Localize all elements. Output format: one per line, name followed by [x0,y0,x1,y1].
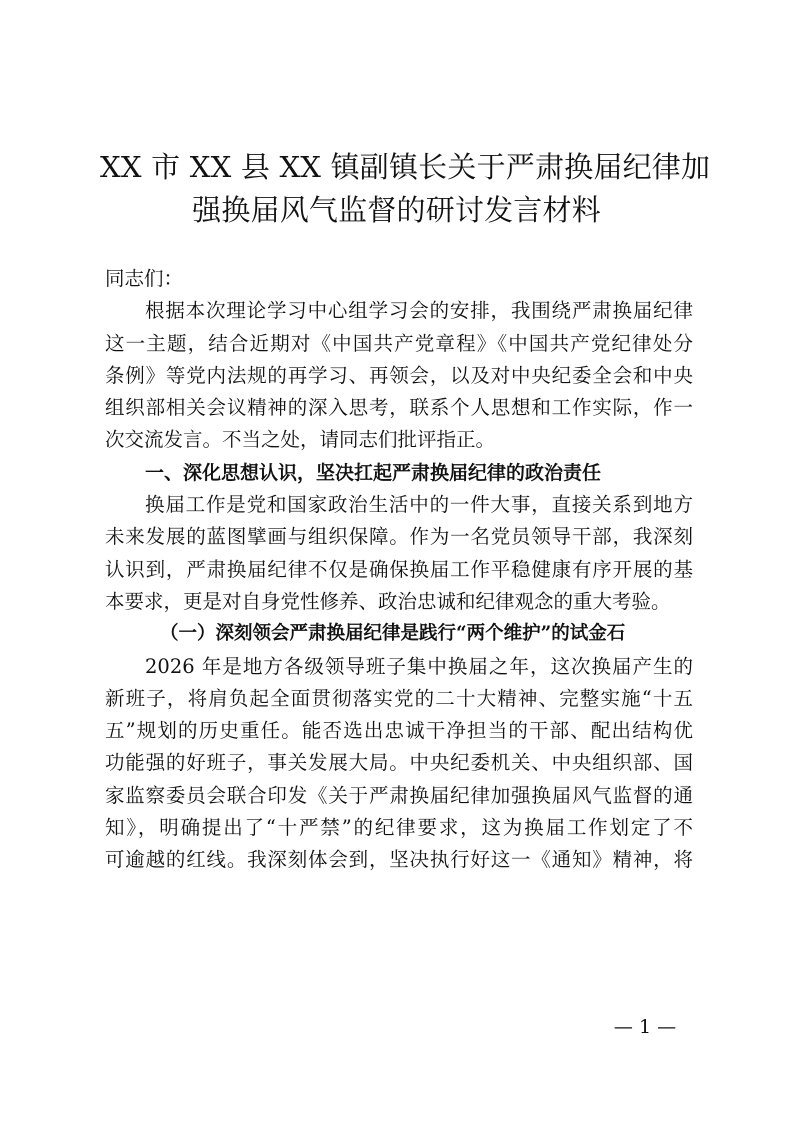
section-1-line-2: 未来发展的蓝图擘画与组织保障。作为一名党员领导干部，我深刻 [105,521,693,553]
subsection-1-paragraph: 2026 年是地方各级领导班子集中换届之年，这次换届产生的 新班子，将肩负起全面… [105,651,693,877]
subsection-1-heading: （一）深刻领会严肃换届纪律是践行“两个维护”的试金石 [105,618,693,650]
subsection-1-line-6: 知》，明确提出了“十严禁”的纪律要求，这为换届工作划定了不 [105,812,693,844]
intro-line-3: 条例》等党内法规的再学习、再领会，以及对中央纪委全会和中央 [105,360,693,392]
section-1-heading: 一、深化思想认识，坚决扛起严肃换届纪律的政治责任 [105,457,693,489]
section-1-line-4: 本要求，更是对自身党性修养、政治忠诚和纪律观念的重大考验。 [105,586,693,618]
subsection-1-line-4: 功能强的好班子，事关发展大局。中央纪委机关、中央组织部、国 [105,747,693,779]
salutation: 同志们： [105,263,693,295]
page-number: — 1 — [600,1014,690,1040]
intro-line-5: 次交流发言。不当之处，请同志们批评指正。 [105,424,693,456]
title-line-1: XX 市 XX 县 XX 镇副镇长关于严肃换届纪律加 [100,146,693,189]
title-line-2: 强换届风气监督的研讨发言材料 [100,189,693,232]
intro-line-4: 组织部相关会议精神的深入思考，联系个人思想和工作实际，作一 [105,392,693,424]
intro-paragraph: 根据本次理论学习中心组学习会的安排，我围绕严肃换届纪律 这一主题，结合近期对《中… [105,295,693,456]
document-title: XX 市 XX 县 XX 镇副镇长关于严肃换届纪律加 强换届风气监督的研讨发言材… [100,146,693,232]
section-1-line-3: 认识到，严肃换届纪律不仅是确保换届工作平稳健康有序开展的基 [105,554,693,586]
subsection-1-line-7: 可逾越的红线。我深刻体会到，坚决执行好这一《通知》精神，将 [105,844,693,876]
subsection-1-line-2: 新班子，将肩负起全面贯彻落实党的二十大精神、完整实施“十五 [105,683,693,715]
document-body: 同志们： 根据本次理论学习中心组学习会的安排，我围绕严肃换届纪律 这一主题，结合… [105,263,693,877]
subsection-1-line-5: 家监察委员会联合印发《关于严肃换届纪律加强换届风气监督的通 [105,780,693,812]
intro-line-1: 根据本次理论学习中心组学习会的安排，我围绕严肃换届纪律 [105,295,693,327]
section-1-paragraph: 换届工作是党和国家政治生活中的一件大事，直接关系到地方 未来发展的蓝图擘画与组织… [105,489,693,618]
document-page: XX 市 XX 县 XX 镇副镇长关于严肃换届纪律加 强换届风气监督的研讨发言材… [0,0,793,1122]
subsection-1-line-1: 2026 年是地方各级领导班子集中换届之年，这次换届产生的 [105,651,693,683]
intro-line-2: 这一主题，结合近期对《中国共产党章程》《中国共产党纪律处分 [105,328,693,360]
subsection-1-line-3: 五”规划的历史重任。能否选出忠诚干净担当的干部、配出结构优 [105,715,693,747]
section-1-line-1: 换届工作是党和国家政治生活中的一件大事，直接关系到地方 [105,489,693,521]
